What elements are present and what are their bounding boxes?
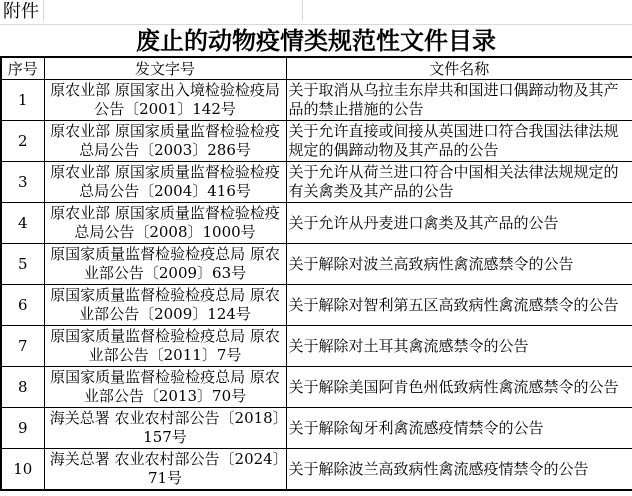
document-table: 序号 发文字号 文件名称 1原农业部 原国家出入境检验检疫局公告〔2001〕14…: [0, 56, 632, 491]
gridline-vertical-2: [302, 0, 303, 21]
page-title: 废止的动物疫情类规范性文件目录: [0, 27, 632, 55]
doc-number-cell: 原国家质量监督检验检疫总局 原农业部公告〔2009〕124号: [44, 285, 286, 326]
serial-number-cell: 8: [1, 367, 44, 408]
doc-name-cell: 关于取消从乌拉圭东岸共和国进口偶蹄动物及其产品的禁止措施的公告: [286, 80, 632, 121]
doc-name-cell: 关于允许从荷兰进口符合中国相关法律法规规定的有关禽类及其产品的公告: [286, 162, 632, 203]
table-row: 1原农业部 原国家出入境检验检疫局公告〔2001〕142号关于取消从乌拉圭东岸共…: [1, 80, 632, 121]
table-row: 6原国家质量监督检验检疫总局 原农业部公告〔2009〕124号关于解除对智利第五…: [1, 285, 632, 326]
doc-name-cell: 关于解除匈牙利禽流感疫情禁令的公告: [286, 408, 632, 449]
table-row: 10海关总署 农业农村部公告〔2024〕71号关于解除波兰高致病性禽流感疫情禁令…: [1, 449, 632, 491]
serial-number-cell: 7: [1, 326, 44, 367]
serial-number-cell: 10: [1, 449, 44, 491]
serial-number-cell: 6: [1, 285, 44, 326]
doc-name-cell: 关于允许从丹麦进口禽类及其产品的公告: [286, 203, 632, 244]
doc-number-cell: 原农业部 原国家出入境检验检疫局公告〔2001〕142号: [44, 80, 286, 121]
serial-number-cell: 2: [1, 121, 44, 162]
table-row: 9海关总署 农业农村部公告〔2018〕157号关于解除匈牙利禽流感疫情禁令的公告: [1, 408, 632, 449]
table-row: 4原农业部 原国家质量监督检验检疫总局公告〔2008〕1000号关于允许从丹麦进…: [1, 203, 632, 244]
header-serial-number: 序号: [1, 57, 44, 80]
doc-number-cell: 原国家质量监督检验检疫总局 原农业部公告〔2009〕63号: [44, 244, 286, 285]
doc-name-cell: 关于解除美国阿肯色州低致病性禽流感禁令的公告: [286, 367, 632, 408]
gridline-vertical-1: [43, 0, 44, 21]
serial-number-cell: 3: [1, 162, 44, 203]
serial-number-cell: 9: [1, 408, 44, 449]
spreadsheet-top-row: 附件: [0, 0, 632, 25]
table-header-row: 序号 发文字号 文件名称: [1, 57, 632, 80]
doc-name-cell: 关于解除对智利第五区高致病性禽流感禁令的公告: [286, 285, 632, 326]
serial-number-cell: 4: [1, 203, 44, 244]
doc-name-cell: 关于允许直接或间接从英国进口符合我国法律法规规定的偶蹄动物及其产品的公告: [286, 121, 632, 162]
attachment-label: 附件: [3, 1, 39, 23]
doc-name-cell: 关于解除对波兰高致病性禽流感禁令的公告: [286, 244, 632, 285]
table-row: 2原农业部 原国家质量监督检验检疫总局公告〔2003〕286号关于允许直接或间接…: [1, 121, 632, 162]
doc-number-cell: 原国家质量监督检验检疫总局 原农业部公告〔2011〕7号: [44, 326, 286, 367]
serial-number-cell: 5: [1, 244, 44, 285]
table-row: 8原国家质量监督检验检疫总局 原农业部公告〔2013〕70号关于解除美国阿肯色州…: [1, 367, 632, 408]
serial-number-cell: 1: [1, 80, 44, 121]
table-row: 5原国家质量监督检验检疫总局 原农业部公告〔2009〕63号关于解除对波兰高致病…: [1, 244, 632, 285]
doc-name-cell: 关于解除对土耳其禽流感禁令的公告: [286, 326, 632, 367]
doc-number-cell: 海关总署 农业农村部公告〔2024〕71号: [44, 449, 286, 491]
table-row: 3原农业部 原国家质量监督检验检疫总局公告〔2004〕416号关于允许从荷兰进口…: [1, 162, 632, 203]
table-body: 1原农业部 原国家出入境检验检疫局公告〔2001〕142号关于取消从乌拉圭东岸共…: [1, 80, 632, 491]
doc-number-cell: 原农业部 原国家质量监督检验检疫总局公告〔2003〕286号: [44, 121, 286, 162]
doc-number-cell: 原国家质量监督检验检疫总局 原农业部公告〔2013〕70号: [44, 367, 286, 408]
gridline-horizontal-1: [0, 24, 632, 25]
doc-number-cell: 原农业部 原国家质量监督检验检疫总局公告〔2004〕416号: [44, 162, 286, 203]
doc-name-cell: 关于解除波兰高致病性禽流感疫情禁令的公告: [286, 449, 632, 491]
table-row: 7原国家质量监督检验检疫总局 原农业部公告〔2011〕7号关于解除对土耳其禽流感…: [1, 326, 632, 367]
header-doc-number: 发文字号: [44, 57, 286, 80]
doc-number-cell: 原农业部 原国家质量监督检验检疫总局公告〔2008〕1000号: [44, 203, 286, 244]
doc-number-cell: 海关总署 农业农村部公告〔2018〕157号: [44, 408, 286, 449]
header-doc-name: 文件名称: [286, 57, 632, 80]
